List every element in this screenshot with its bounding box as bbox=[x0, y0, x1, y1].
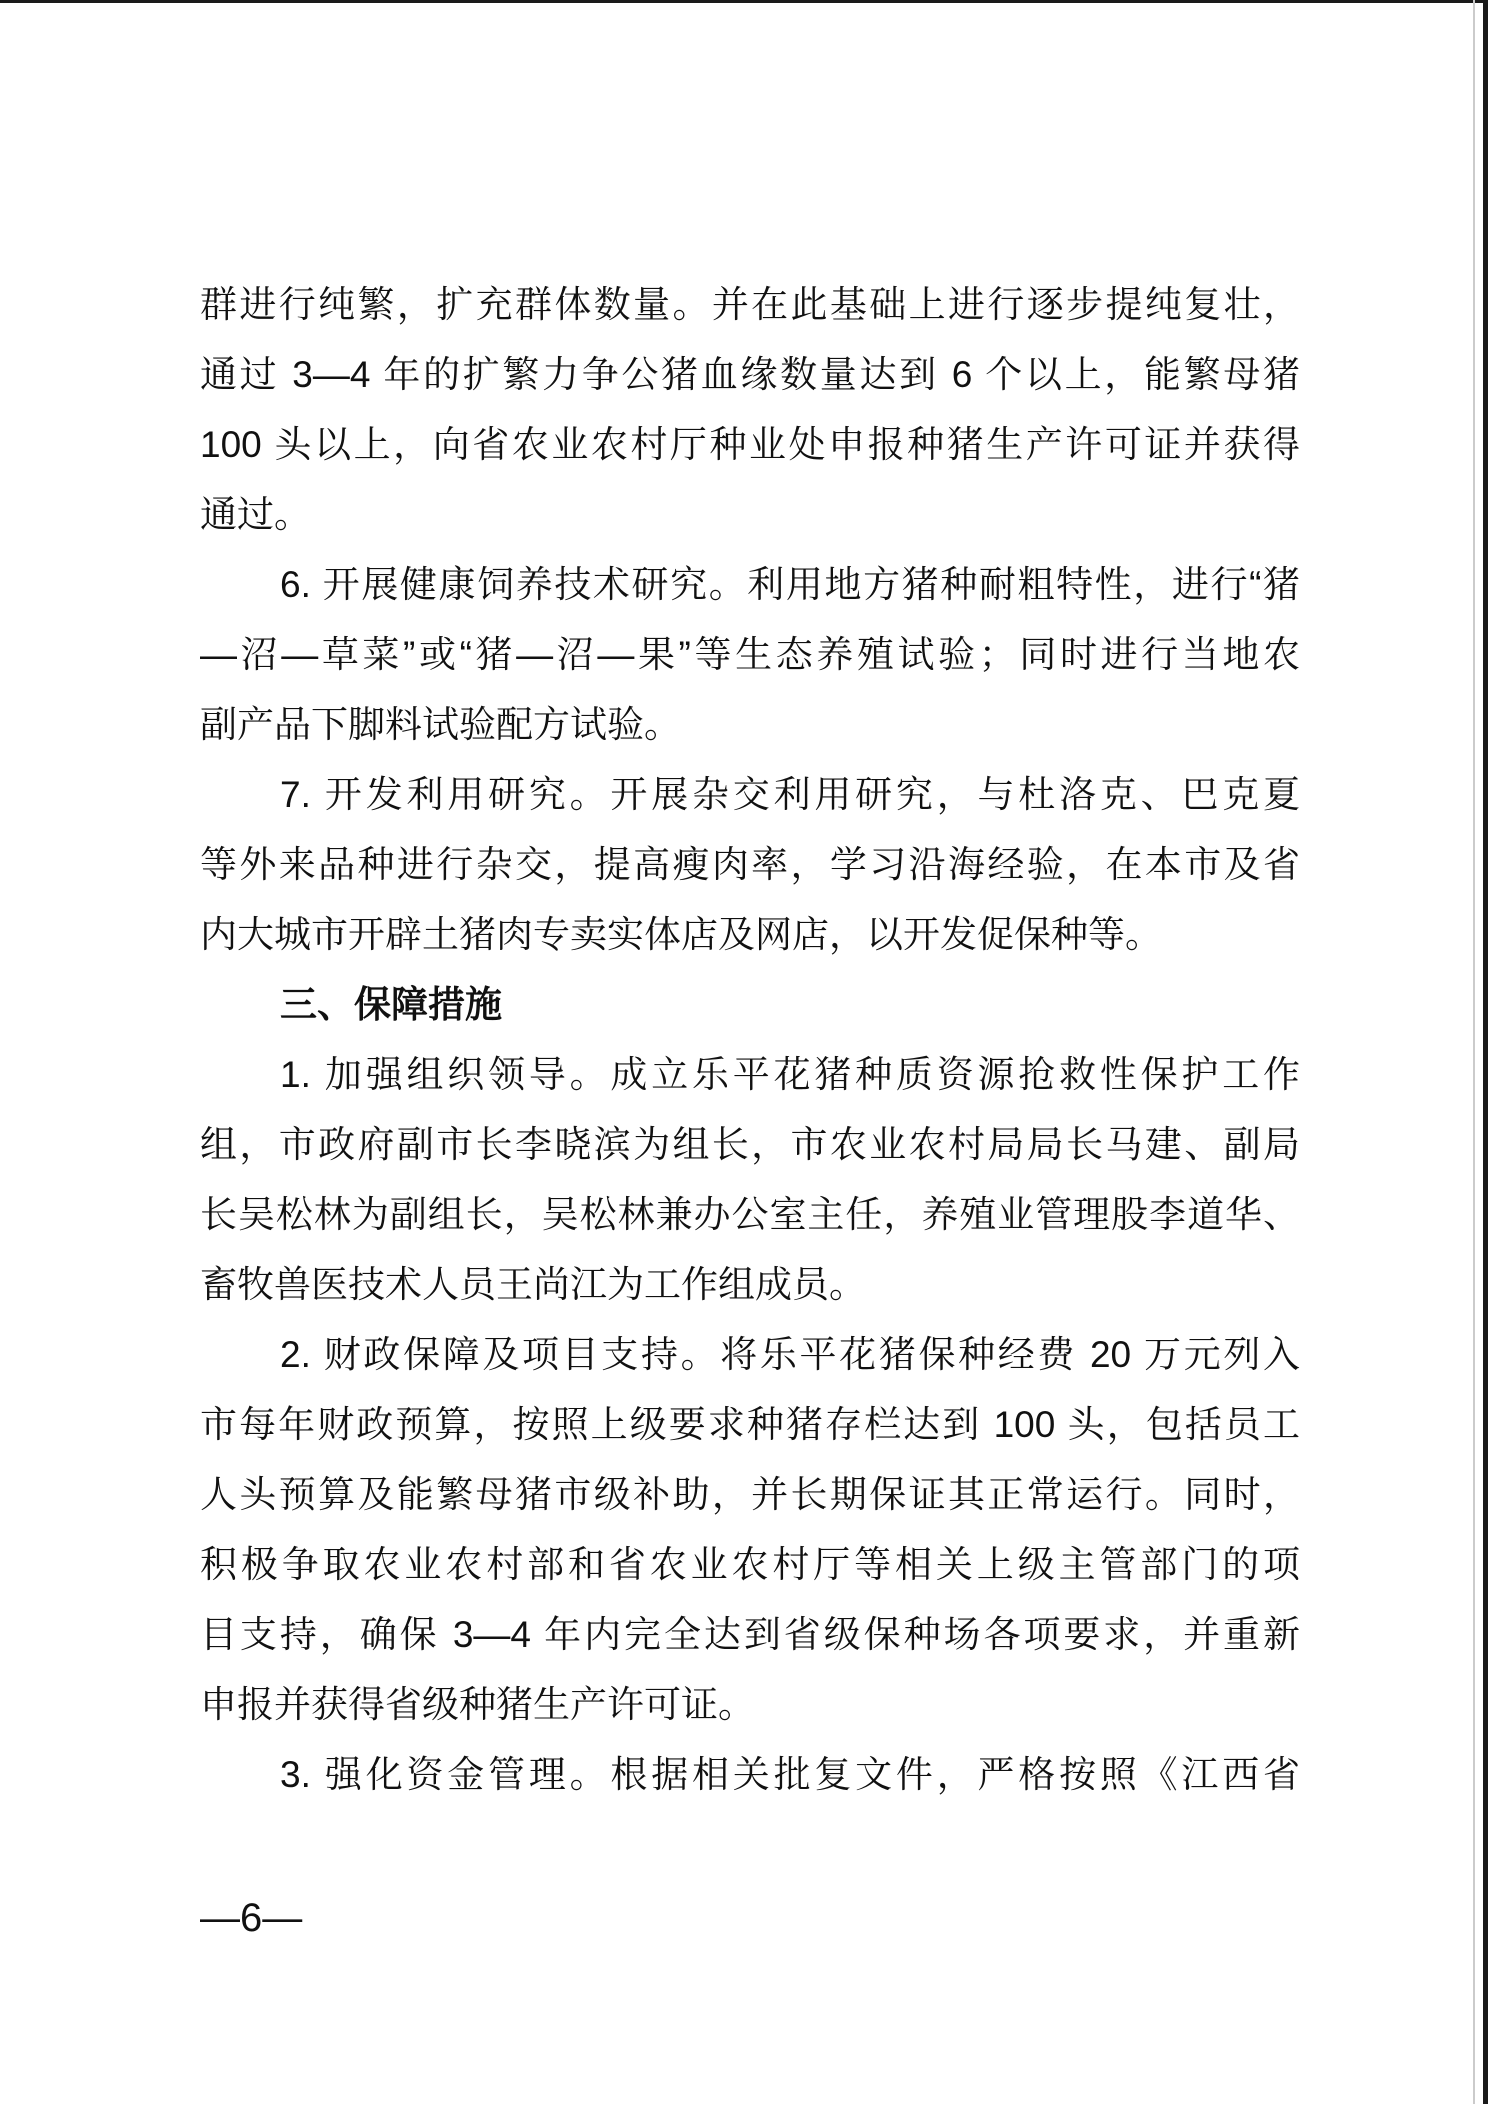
text-line: 市每年财政预算，按照上级要求种猪存栏达到 100 头，包括员工 bbox=[200, 1390, 1300, 1460]
text-line: 申报并获得省级种猪生产许可证。 bbox=[200, 1670, 1300, 1740]
text-line: 副产品下脚料试验配方试验。 bbox=[200, 690, 1300, 760]
text-line: —沼—草菜”或“猪—沼—果”等生态养殖试验；同时进行当地农 bbox=[200, 620, 1300, 690]
section-heading: 三、保障措施 bbox=[200, 970, 1300, 1040]
text-line: 人头预算及能繁母猪市级补助，并长期保证其正常运行。同时， bbox=[200, 1460, 1300, 1530]
text-line: 6. 开展健康饲养技术研究。利用地方猪种耐粗特性，进行“猪 bbox=[200, 550, 1300, 620]
text-line: 等外来品种进行杂交，提高瘦肉率，学习沿海经验，在本市及省 bbox=[200, 830, 1300, 900]
text-line: 目支持，确保 3—4 年内完全达到省级保种场各项要求，并重新 bbox=[200, 1600, 1300, 1670]
text-line: 组，市政府副市长李晓滨为组长，市农业农村局局长马建、副局 bbox=[200, 1110, 1300, 1180]
text-line: 2. 财政保障及项目支持。将乐平花猪保种经费 20 万元列入 bbox=[200, 1320, 1300, 1390]
page-number: —6— bbox=[200, 1893, 302, 1943]
text-line: 通过。 bbox=[200, 480, 1300, 550]
text-line: 内大城市开辟土猪肉专卖实体店及网店，以开发促保种等。 bbox=[200, 900, 1300, 970]
text-line: 畜牧兽医技术人员王尚江为工作组成员。 bbox=[200, 1250, 1300, 1320]
text-line: 100 头以上，向省农业农村厅种业处申报种猪生产许可证并获得 bbox=[200, 410, 1300, 480]
text-line: 7. 开发利用研究。开展杂交利用研究，与杜洛克、巴克夏 bbox=[200, 760, 1300, 830]
scan-edge-right bbox=[1483, 0, 1488, 2104]
text-line: 通过 3—4 年的扩繁力争公猪血缘数量达到 6 个以上，能繁母猪 bbox=[200, 340, 1300, 410]
document-page: 群进行纯繁，扩充群体数量。并在此基础上进行逐步提纯复壮，通过 3—4 年的扩繁力… bbox=[0, 0, 1488, 2104]
text-line: 群进行纯繁，扩充群体数量。并在此基础上进行逐步提纯复壮， bbox=[200, 270, 1300, 340]
text-line: 积极争取农业农村部和省农业农村厅等相关上级主管部门的项 bbox=[200, 1530, 1300, 1600]
text-line: 1. 加强组织领导。成立乐平花猪种质资源抢救性保护工作 bbox=[200, 1040, 1300, 1110]
document-body: 群进行纯繁，扩充群体数量。并在此基础上进行逐步提纯复壮，通过 3—4 年的扩繁力… bbox=[200, 270, 1300, 1810]
text-line: 长吴松林为副组长，吴松林兼办公室主任，养殖业管理股李道华、 bbox=[200, 1180, 1300, 1250]
scan-edge-top bbox=[0, 0, 1488, 3]
text-line: 3. 强化资金管理。根据相关批复文件，严格按照《江西省 bbox=[200, 1740, 1300, 1810]
scan-fold-line bbox=[1473, 0, 1475, 2104]
